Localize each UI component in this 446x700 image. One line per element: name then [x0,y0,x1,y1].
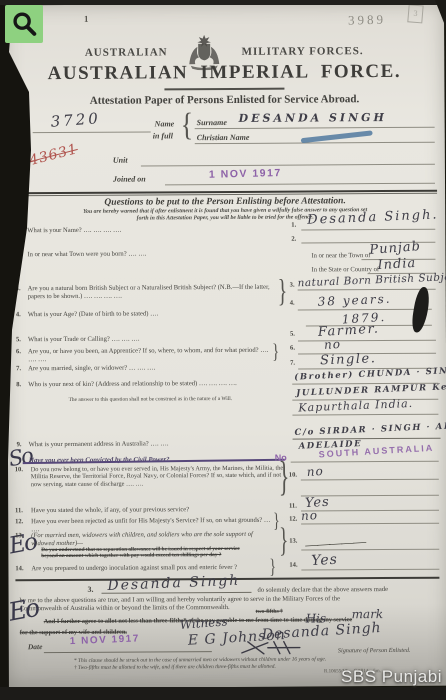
unit-label: Unit [113,156,128,166]
a12-number: 12. [289,516,297,524]
unit-underline [141,164,435,167]
surname-underline [195,127,435,129]
a13-number: 13. [289,538,297,546]
a14-answer: Yes [311,552,338,570]
declaration-name-handwritten: Desanda Singh [107,573,240,594]
document-subtitle: Attestation Paper of Persons Enlisted fo… [4,93,444,108]
a13-underline [301,549,439,551]
a1-number: 1. [291,222,296,230]
christian-underline [195,142,435,144]
q14-text: Are you prepared to undergo inoculation … [31,564,279,573]
a5-underline [298,340,436,342]
q11-text: Have you stated the whole, if any, of yo… [31,506,285,515]
q4-text: What is your Age? (Date of birth to be s… [28,310,280,319]
document-title: AUSTRALIAN IMPERIAL FORCE. [4,61,444,86]
sbs-punjabi-watermark: SBS Punjabi [341,667,442,687]
a5-number: 5. [290,331,295,339]
surname-handwritten: DESANDA SINGH [239,111,387,125]
q13-brace: } [279,524,288,558]
zoom-button[interactable] [5,5,43,43]
q6-text: Are you, or have you been, an Apprentice… [28,347,276,364]
q1-text: What is your Name? …. …. …. …. [27,226,277,235]
q14-brace: } [269,558,276,579]
date-label: Date [28,643,43,652]
q10-number: 10. [15,466,23,474]
date-underline [44,651,212,653]
a6-answer: no [324,337,342,352]
a7-number: 7. [290,360,295,368]
q12-number: 12. [15,518,23,526]
margin-mark-declaration: Eo [6,593,40,627]
a9-line1: C/o SIRDAR · SINGH · ADA · ST [294,420,446,438]
struck-civil-underline [291,461,439,463]
joined-on-label: Joined on [113,174,146,184]
page-number-box: 3 [407,4,423,23]
a3-number: 3. [290,282,295,290]
a10-underline1 [301,479,439,481]
a4-answer-age: 38 years. [317,292,391,309]
q3-brace: } [278,276,288,308]
a11-underline [301,510,439,512]
in-full-label: in full [153,131,173,141]
a7-answer: Single. [320,351,377,368]
q7-text: Are you married, single, or widower? … …… [28,364,280,373]
a12-answer: no [301,508,319,523]
q8-number: 8. [16,381,21,389]
q3-text: Are you a natural born British Subject o… [28,284,280,301]
a12-underline [301,523,439,525]
a9-underline1 [293,438,441,440]
witness-label-handwritten: Witness [179,614,228,632]
serial-stamp: 3989 [348,12,386,29]
signature-caption: Signature of Person Enlisted. [338,647,411,655]
page-marker: 1 [84,14,89,24]
joined-date-stamp: 1 NOV 1917 [209,167,282,181]
a6-number: 6. [290,345,295,353]
christian-name-label: Christian Name [197,133,250,143]
a8-underline3 [292,414,438,416]
q8-note: The answer to this question shall not be… [30,396,270,404]
a10-number: 10. [289,472,297,480]
a11-number: 11. [289,503,297,511]
header-right-text: MILITARY FORCES. [242,45,364,58]
q5-number: 5. [16,336,21,344]
a10-answer: no [306,464,324,479]
no-underline [33,131,151,133]
declaration-line1: do solemnly declare that the above answe… [257,586,441,595]
title-rule [164,88,284,91]
declaration-name-underline [102,592,252,594]
q10-text: Do you now belong to, or have you ever s… [31,465,285,489]
q6-brace: } [272,343,279,364]
a3-underline [298,289,436,291]
magnifier-icon [9,9,39,39]
q8-text: Who is your next of kin? (Address and re… [28,380,268,389]
q13-struck-text: Do you understand that no separation all… [41,546,257,560]
service-number-handwritten: 3720 [50,109,101,131]
q13-number: 13. [15,532,23,540]
screenshot-stage: 3989 3 1 AUSTRALIAN MILITARY FORCES. AUS… [0,0,446,700]
ink-blot [410,286,432,334]
name-label: Name [155,119,175,129]
q4-number: 4. [16,311,21,319]
a4-number: 4. [290,300,295,308]
q5-text: What is your Trade or Calling? …. …. …. [28,335,280,344]
name-brace: { [181,109,194,142]
surname-label: Surname [197,118,227,128]
q11-number: 11. [15,507,23,515]
photo-edge-top [0,0,446,5]
date-stamp: 1 NOV 1917 [70,633,140,647]
attestation-paper-scan: 3989 3 1 AUSTRALIAN MILITARY FORCES. AUS… [4,3,446,689]
a14-underline [301,569,439,571]
a1-underline [301,229,435,231]
a2-country-answer: India [377,256,417,273]
photo-edge-bottom [0,687,446,700]
declaration-line3: Commonwealth of Australia within or beyo… [20,603,340,613]
q6-number: 6. [16,348,21,356]
a14-number: 14. [289,562,297,570]
joined-underline [165,183,435,186]
cancelled-number: 43631 [28,141,80,169]
declaration-number: 3. [87,585,93,594]
q14-number: 14. [15,565,23,573]
q7-number: 7. [16,365,21,373]
a2-number: 2. [291,236,296,244]
declaration-overwrite: two-fifths † [256,609,283,616]
q9-text: What is your permanent address in Austra… [29,440,281,449]
q2-text: In or near what Town were you born? …. …… [27,250,277,259]
header-left-text: AUSTRALIAN [85,46,168,59]
